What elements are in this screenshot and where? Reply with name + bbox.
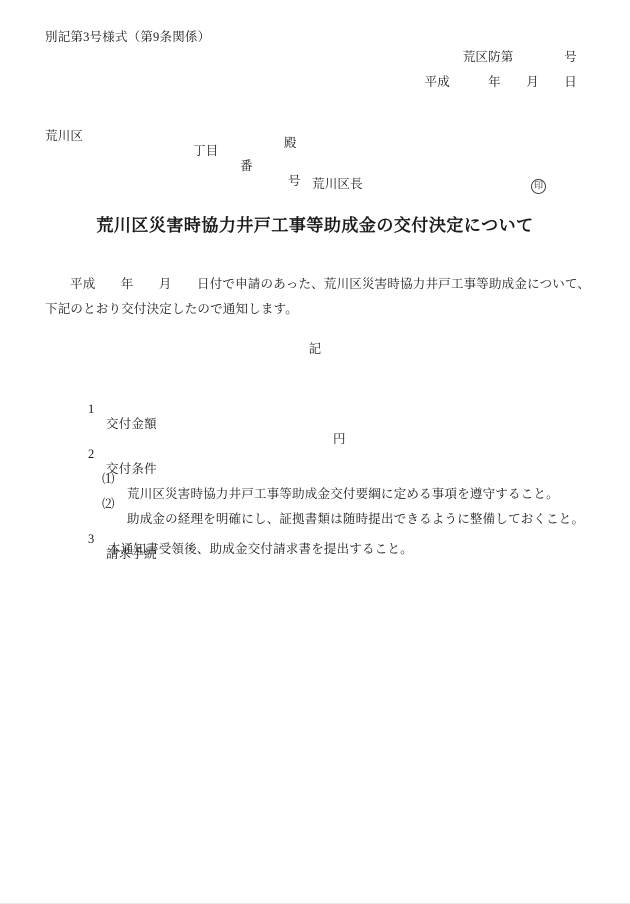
body-line-2: 下記のとおり交付決定したので通知します。 [45,302,298,317]
addressee-line: 荒川区 丁目 番 号 [0,114,630,129]
sender-name: 荒川区長 [312,177,363,192]
condition-subitem-2: ⑵ 助成金の経理を明確にし、証拠書類は随時提出できるように整備しておくこと。 [0,482,630,497]
item-1-number: 1 [88,402,94,417]
body-line-1: 平成 年 月 日付で申請のあった、荒川区災害時協力井戸工事等助成金について、 [45,277,590,292]
addressee-ward: 荒川区 [45,129,83,144]
item-grant-conditions: 2 交付条件 [0,432,630,447]
form-note: 別記第3号様式（第9条関係） [45,30,210,45]
record-heading: 記 [0,342,630,357]
addressee-ban: 番 [240,159,253,174]
document-title: 荒川区災害時協力井戸工事等助成金の交付決定について [0,216,630,236]
condition-subitem-1: ⑴ 荒川区災害時協力井戸工事等助成金交付要綱に定める事項を遵守すること。 [0,457,630,472]
addressee-chome: 丁目 [193,144,218,159]
document-page: 別記第3号様式（第9条関係） 荒区防第 号 平成 年 月 日 荒川区 丁目 番 … [0,0,630,904]
claim-procedure-note: 本通知書受領後、助成金交付請求書を提出すること。 [108,542,413,557]
addressee-honorific: 殿 [284,136,297,151]
issue-date-line: 平成 年 月 日 [425,75,577,90]
seal-icon: 印 [531,179,546,194]
addressee-go: 号 [288,174,301,189]
item-claim-procedure: 3 請求手続 [0,517,630,532]
item-1-heading: 交付金額 [106,417,157,432]
item-grant-amount: 1 交付金額 円 [0,387,630,402]
condition-2-number: ⑵ [102,497,115,512]
seal-character: 印 [534,182,543,191]
item-3-number: 3 [88,532,94,547]
doc-number-line: 荒区防第 号 [463,50,577,65]
